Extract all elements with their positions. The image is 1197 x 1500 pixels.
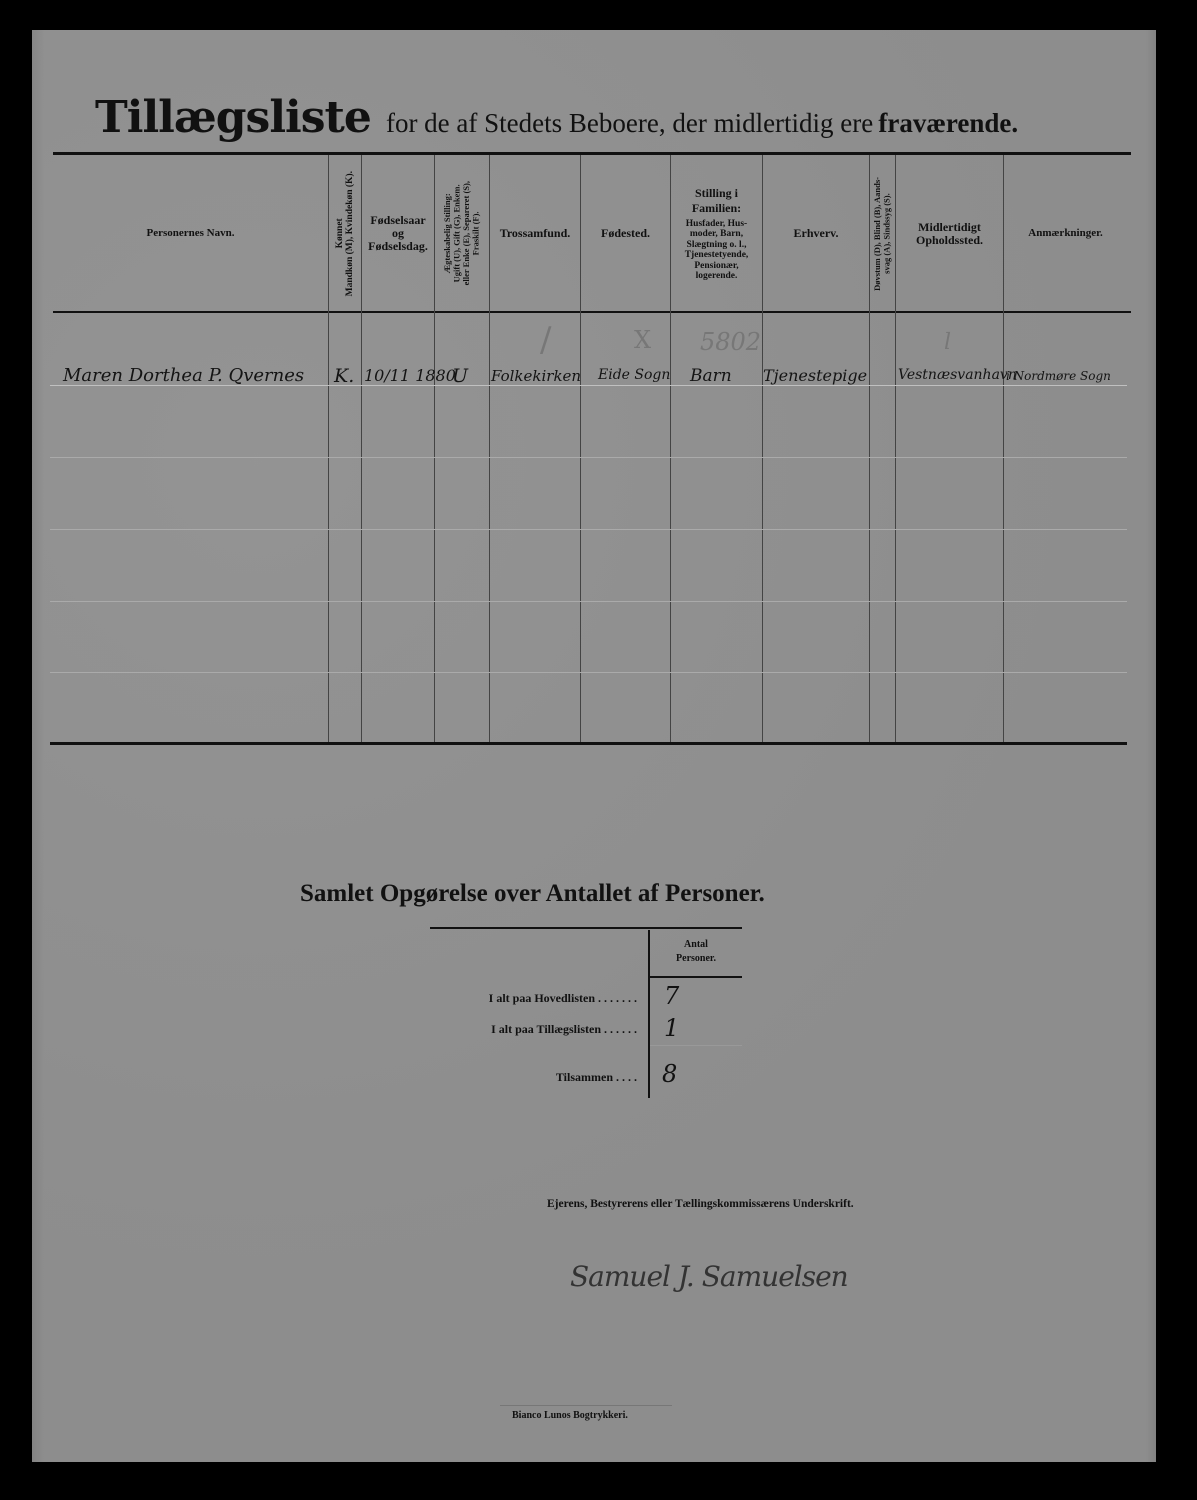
summary-divider [650, 1045, 742, 1046]
cell-fodested: Eide Sogn [598, 367, 670, 383]
summary-label-hovedlisten: I alt paa Hovedlisten . . . . . . . [489, 991, 637, 1006]
title-large: Tillægsliste [95, 92, 371, 143]
signature: Samuel J. Samuelsen [570, 1260, 848, 1293]
cell-aegteskab: U [452, 365, 468, 387]
pencil-mark: 5802 [700, 328, 761, 356]
header-kjonnet: Kønnet Mandkøn (M), Kvindekøn (K). [329, 156, 361, 311]
header-aegteskab: Ægteskabelig Stilling: Ugift (U), Gift (… [435, 156, 489, 311]
header-erhverv: Erhverv. [763, 156, 869, 311]
summary-label-tilsammen: Tilsammen . . . . [556, 1070, 637, 1085]
pencil-mark: X [634, 326, 651, 354]
summary-vertical-rule [648, 930, 650, 1098]
row-divider [50, 672, 1127, 673]
row-divider [50, 601, 1127, 602]
title-bold-end: fraværende. [878, 108, 1018, 138]
summary-column-header: Antal Personer. [652, 938, 740, 966]
header-fodested: Fødested. [581, 156, 670, 311]
signature-label: Ejerens, Bestyrerens eller Tællingskommi… [547, 1198, 854, 1210]
cell-opholdssted: Vestnæsvanhavn [898, 367, 1017, 383]
cell-anmaerkninger: i Nordmøre Sogn [1006, 369, 1111, 383]
form-title: Tillægsliste for de af Stedets Beboere, … [95, 92, 1018, 143]
cell-erhverv: Tjenestepige [763, 366, 867, 385]
cell-trossamfund: Folkekirken [491, 367, 581, 385]
summary-value-tillaegslisten: 1 [664, 1014, 679, 1042]
header-fodselsaar: Fødselsaar og Fødselsdag. [362, 156, 434, 311]
summary-value-hovedlisten: 7 [664, 982, 679, 1010]
summary-value-tilsammen: 8 [662, 1060, 677, 1088]
table-top-rule [53, 152, 1131, 155]
header-opholdssted: Midlertidigt Opholdssted. [896, 156, 1003, 311]
cell-fodselsaar: 10/11 1880 [364, 366, 456, 385]
pencil-mark: l [944, 330, 951, 355]
table-header-bottom-rule [53, 311, 1131, 313]
cell-kjonnet: K. [334, 365, 354, 387]
header-anmaerkninger: Anmærkninger. [1004, 156, 1127, 311]
summary-top-rule [430, 927, 742, 929]
header-dovstum: Døvstum (D), Blind (B), Aands- svag (A),… [870, 156, 895, 311]
cell-navn: Maren Dorthea P. Qvernes [63, 365, 304, 386]
pencil-mark: / [540, 320, 551, 360]
header-stilling: Stilling i Familien: Husfader, Hus- mode… [671, 156, 762, 311]
title-subtitle: for de af Stedets Beboere, der midlertid… [386, 108, 873, 138]
header-trossamfund: Trossamfund. [490, 156, 580, 311]
table-bottom-rule [50, 742, 1127, 745]
printer-imprint: Bianco Lunos Bogtrykkeri. [512, 1410, 628, 1421]
summary-header-rule [650, 976, 742, 978]
summary-label-tillaegslisten: I alt paa Tillægslisten . . . . . . [491, 1022, 637, 1037]
header-navn: Personernes Navn. [53, 156, 328, 311]
printer-rule [500, 1405, 672, 1406]
cell-stilling: Barn [690, 366, 732, 386]
summary-title: Samlet Opgørelse over Antallet af Person… [300, 880, 765, 908]
row-divider [50, 529, 1127, 530]
row-divider [50, 457, 1127, 458]
